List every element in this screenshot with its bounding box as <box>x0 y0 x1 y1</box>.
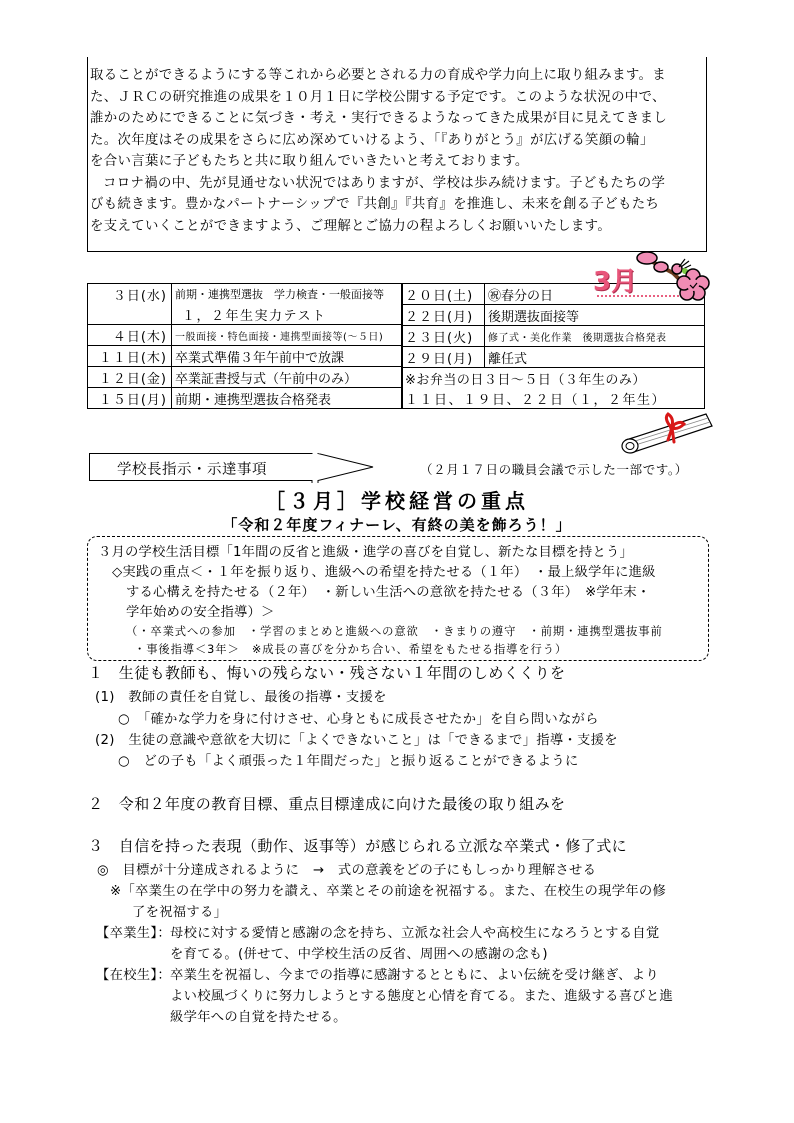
intro-text-box: 取ることができるようにする等これから必要とされる力の育成や学力向上に取り組みます… <box>87 57 707 252</box>
graduates-text: を育てる。(併せて、中学校生活の反省、周囲への感謝の念も) <box>170 943 548 962</box>
meeting-note: （２月１７日の職員会議で示した一部です。） <box>420 460 688 478</box>
schedule-day: １５日(月) <box>88 388 172 409</box>
schedule-row: １１日(木) 卒業式準備３年午前中で放課 <box>88 346 403 367</box>
point-1-2a: ○ どの子も「よく頑張った１年間だった」と振り返ることができるように <box>118 750 579 769</box>
schedule-day: ２０日(土) <box>402 284 485 305</box>
point-1-1: (1) 教師の責任を自覚し、最後の指導・支援を <box>95 686 387 705</box>
students-text: 級学年への自覚を持たせる。 <box>170 1006 347 1025</box>
graduates-text: 母校に対する愛情と感謝の念を持ち、立派な社会人や高校生になろうとする自覚 <box>170 922 660 941</box>
schedule-day: ４日(木) <box>88 325 172 346</box>
page-title: ［３月］学校経営の重点 <box>0 485 794 514</box>
intro-line: びも続きます。豊かなパートナーシップで『共創』『共育』を推進し、未来を創る子ども… <box>90 194 706 216</box>
intro-line: を合い言葉に子どもたちと共に取り組んでいきたいと考えております。 <box>90 151 706 173</box>
intro-line: た。次年度はその成果をさらに広め深めていけるよう、「『ありがとう』が広げる笑顔の… <box>90 130 706 152</box>
intro-line: 誰かのためにできることに気づき・考え・実行できるようなってきた成果が目に見えてき… <box>90 108 706 130</box>
schedule-row: １，２年生実力テスト <box>88 304 403 325</box>
schedule-row: １２日(金) 卒業証書授与式（午前中のみ） <box>88 367 403 388</box>
schedule-row: １５日(月) 前期・連携型選抜合格発表 <box>88 388 403 409</box>
point-1-2: (2) 生徒の意識や意欲を大切に「よくできないこと」は「できるまで」指導・支援を <box>95 729 618 748</box>
march-badge: 3月 <box>593 249 713 301</box>
schedule-row: ２２日(月) 後期選抜面接等 <box>402 305 705 326</box>
goal-line: ３月の学校生活目標「1年間の反省と進級・進学の喜びを自覚し、新たな目標を持とう」 <box>98 541 633 560</box>
point-3b-cont: 了を祝福する」 <box>132 901 227 920</box>
schedule-row: ３日(水) 前期・連携型選抜 学力検査・一般面接等 <box>88 284 403 305</box>
schedule-day: ３日(水) <box>88 284 172 305</box>
intro-line: た、ＪＲＣの研究推進の成果を１０月１日に学校公開する予定です。このような状況の中… <box>90 87 706 109</box>
goal-line: 学年始めの安全指導）＞ <box>126 601 274 620</box>
schedule-event: 後期選抜面接等 <box>485 305 705 326</box>
students-label: 【在校生】： <box>96 964 171 983</box>
diploma-scroll <box>618 408 728 458</box>
schedule-day: ２９日(月) <box>402 347 485 368</box>
intro-line: 取ることができるようにする等これから必要とされる力の育成や学力向上に取り組みます… <box>90 65 706 87</box>
intro-line: コロナ禍の中、先が見通せない状況ではありますが、学校は歩み続けます。子どもたちの… <box>90 173 706 195</box>
directive-label: 学校長指示・示達事項 <box>117 458 267 479</box>
schedule-event: １，２年生実力テスト <box>172 304 403 325</box>
diploma-scroll-icon <box>618 408 728 458</box>
schedule-row: ２３日(火) 修了式・美化作業 後期選抜合格発表 <box>402 326 705 347</box>
students-text: よい校風づくりに努力しようとする態度と心情を育てる。また、進級する喜びと進 <box>170 985 673 1004</box>
students-text: 卒業生を祝福し、今までの指導に感謝するとともに、よい伝統を受け継ぎ、より <box>170 964 659 983</box>
goal-line: （・卒業式への参加 ・学習のまとめと進級への意欲 ・きまりの遵守 ・前期・連携型… <box>126 623 663 639</box>
schedule-event: 離任式 <box>485 347 705 368</box>
lunch-note: ※お弁当の日３日～５日（３年生のみ） <box>402 368 705 389</box>
march-badge-text: 3月 <box>593 261 637 298</box>
schedule-event: 修了式・美化作業 後期選抜合格発表 <box>485 326 705 347</box>
goal-line: ・事後指導＜3年＞ ※成長の喜びを分かち合い、希望をもたせる指導を行う） <box>134 641 567 657</box>
schedule-event: 卒業式準備３年午前中で放課 <box>172 346 403 367</box>
point-2: ２ 令和２年度の教育目標、重点目標達成に向けた最後の取り組みを <box>88 793 565 814</box>
lunch-note: １１日、１９日、２２日（１，２年生） <box>402 388 705 409</box>
goal-line: する心構えを持たせる（２年） ・新しい生活への意欲を持たせる（３年） ※学年末・ <box>126 581 650 600</box>
schedule-day: １１日(木) <box>88 346 172 367</box>
schedule-table-left: ３日(水) 前期・連携型選抜 学力検査・一般面接等 １，２年生実力テスト ４日(… <box>87 283 403 409</box>
schedule-event: 一般面接・特色面接・連携型面接等(～５日) <box>172 325 403 346</box>
schedule-day-cont <box>88 304 172 325</box>
schedule-row: ４日(木) 一般面接・特色面接・連携型面接等(～５日) <box>88 325 403 346</box>
point-3: ３ 自信を持った表現（動作、返事等）が感じられる立派な卒業式・修了式に <box>88 835 627 856</box>
monthly-goals-box: ３月の学校生活目標「1年間の反省と進級・進学の喜びを自覚し、新たな目標を持とう」… <box>87 536 709 661</box>
schedule-event: 前期・連携型選抜合格発表 <box>172 388 403 409</box>
schedule-table-right: ２０日(土) ㊗春分の日 ２２日(月) 後期選抜面接等 ２３日(火) 修了式・美… <box>401 283 705 409</box>
schedule-note-row: ※お弁当の日３日～５日（３年生のみ） <box>402 368 705 389</box>
point-3b: ※「卒業生の在学中の努力を讃え、卒業とその前途を祝福する。また、在校生の現学年の… <box>110 880 666 899</box>
schedule-day: ２３日(火) <box>402 326 485 347</box>
point-3a: ◎ 目標が十分達成されるように → 式の意義をどの子にもしっかり理解させる <box>97 859 596 878</box>
schedule-note-row: １１日、１９日、２２日（１，２年生） <box>402 388 705 409</box>
schedule-day: １２日(金) <box>88 367 172 388</box>
page-subtitle: 「令和２年度フィナーレ、有終の美を飾ろう！」 <box>0 514 794 535</box>
point-1: １ 生徒も教師も、悔いの残らない・残さない１年間のしめくくりを <box>88 662 565 683</box>
schedule-event: 卒業証書授与式（午前中のみ） <box>172 367 403 388</box>
schedule-event: 前期・連携型選抜 学力検査・一般面接等 <box>172 284 403 305</box>
plum-blossom-icon <box>633 249 713 301</box>
schedule-day: ２２日(月) <box>402 305 485 326</box>
intro-line: を支えていくことができますよう、ご理解とご協力の程よろしくお願いいたします。 <box>90 216 706 238</box>
schedule-row: ２９日(月) 離任式 <box>402 347 705 368</box>
point-1-1a: ○ 「確かな学力を身に付けさせ、心身ともに成長させたか」を自ら問いながら <box>118 708 599 727</box>
directive-arrow: 学校長指示・示達事項 <box>89 453 379 483</box>
goal-line: ◇実践の重点＜・１年を振り返り、進級への希望を持たせる（１年） ・最上級学年に進… <box>112 561 656 580</box>
graduates-label: 【卒業生】： <box>96 922 171 941</box>
